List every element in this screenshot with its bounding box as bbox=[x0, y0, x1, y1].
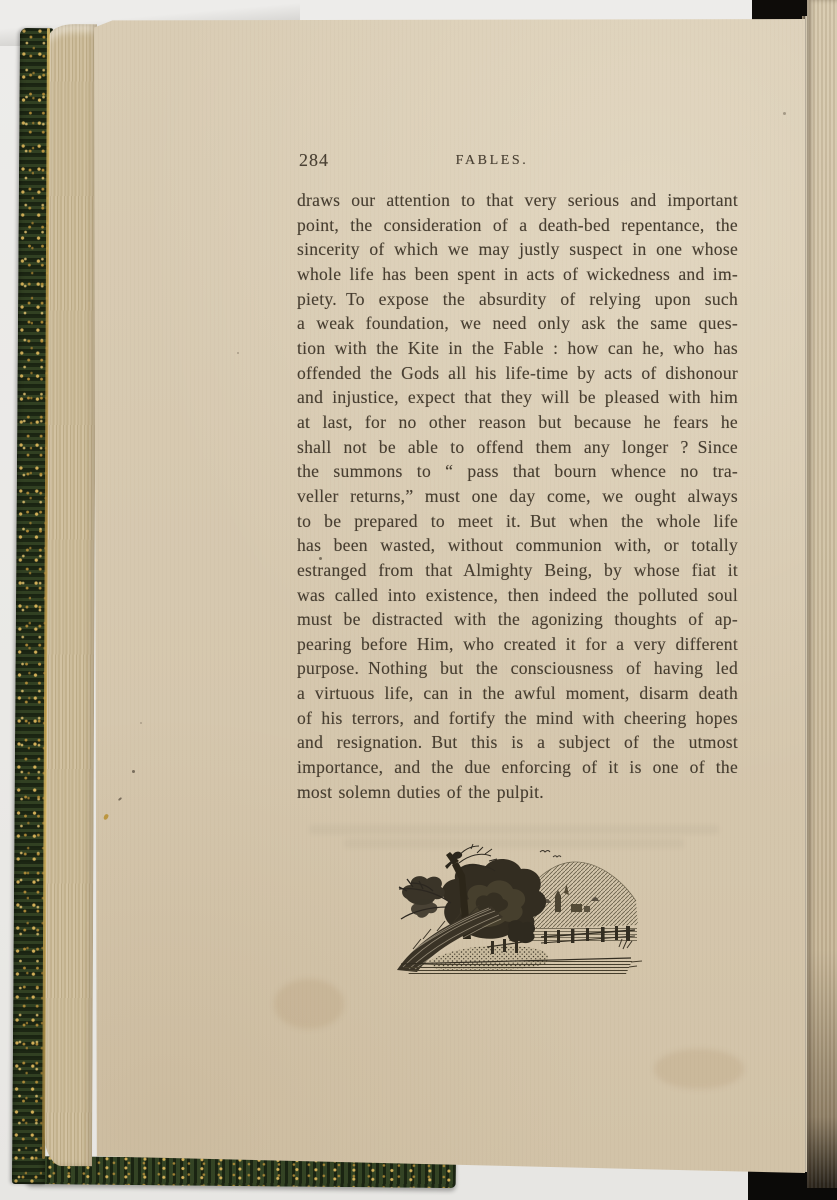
text-line: the summons to “ pass that bourn whence … bbox=[297, 459, 738, 484]
ink-speck bbox=[319, 557, 322, 560]
show-through-smudge bbox=[309, 825, 719, 834]
ink-speck bbox=[783, 112, 786, 115]
text-line: offended the Gods all his life-time by a… bbox=[297, 361, 738, 386]
ink-speck bbox=[118, 797, 122, 801]
text-line: must be distracted with the agonizing th… bbox=[297, 607, 738, 632]
text-line: whole life has been spent in acts of wic… bbox=[297, 262, 738, 287]
text-line: at last, for no other reason but because… bbox=[297, 410, 738, 435]
text-line: of his terrors, and fortify the mind wit… bbox=[297, 706, 738, 731]
ink-speck bbox=[237, 352, 239, 354]
text-line: estranged from that Almighty Being, by w… bbox=[297, 558, 738, 583]
text-line: pearing before Him, who created it for a… bbox=[297, 632, 738, 657]
facing-page-sliver bbox=[807, 0, 837, 1188]
page-block-fore-edge bbox=[44, 24, 97, 1166]
body-text: draws our attention to that very serious… bbox=[297, 188, 738, 804]
text-line: and injustice, expect that they will be … bbox=[297, 385, 738, 410]
book-scan: 284 FABLES. draws our attention to that … bbox=[0, 0, 837, 1200]
foxing-stain bbox=[654, 1049, 744, 1089]
text-line: shall not be able to offend them any lon… bbox=[297, 435, 738, 460]
text-line: draws our attention to that very serious… bbox=[297, 188, 738, 213]
text-line: piety. To expose the absurdity of relyin… bbox=[297, 287, 738, 312]
page-header: 284 FABLES. bbox=[297, 150, 738, 176]
ink-speck bbox=[132, 770, 135, 773]
text-line: tion with the Kite in the Fable : how ca… bbox=[297, 336, 738, 361]
text-line: veller returns,” must one day come, we o… bbox=[297, 484, 738, 509]
text-line: sincerity of which we may justly suspect… bbox=[297, 237, 738, 262]
text-line: purpose. Nothing but the consciousness o… bbox=[297, 656, 738, 681]
text-line: was called into existence, then indeed t… bbox=[297, 583, 738, 608]
text-line: and resignation. But this is a subject o… bbox=[297, 730, 738, 755]
text-line: importance, and the due enforcing of it … bbox=[297, 755, 738, 780]
text-line: point, the consideration of a death-bed … bbox=[297, 213, 738, 238]
text-line: to be prepared to meet it. But when the … bbox=[297, 509, 738, 534]
text-line: a virtuous life, can in the awful moment… bbox=[297, 681, 738, 706]
text-line: most solemn duties of the pulpit. bbox=[297, 780, 738, 805]
running-title: FABLES. bbox=[297, 153, 687, 169]
ink-speck bbox=[140, 722, 142, 724]
text-line: has been wasted, without communion with,… bbox=[297, 533, 738, 558]
text-line: a weak foundation, we need only ask the … bbox=[297, 311, 738, 336]
book-page: 284 FABLES. draws our attention to that … bbox=[94, 19, 805, 1173]
foxing-stain bbox=[274, 979, 344, 1029]
landscape-vignette-engraving bbox=[393, 843, 645, 977]
